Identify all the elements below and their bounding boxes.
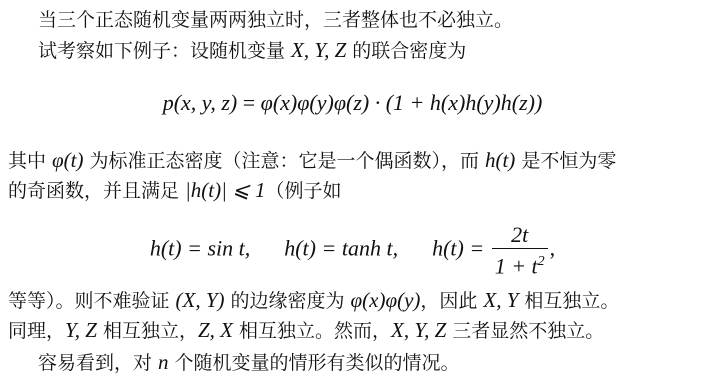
text: 个随机变量的情形有类似的情况。	[175, 352, 460, 374]
example-text: 试考察如下例子：设随机变量	[38, 40, 285, 62]
math-xy: X, Y	[483, 288, 518, 312]
math-zx: Z, X	[198, 318, 233, 342]
paragraph-marginal: 等等）。则不难验证(X, Y)的边缘密度为φ(x)φ(y)，因此X, Y相互独立…	[8, 287, 619, 313]
formula-eq: =	[237, 90, 260, 115]
formula-lhs: p(x, y, z)	[163, 90, 238, 115]
paragraph-odd-function: 的奇函数，并且满足|h(t)| ⩽ 1（例子如	[8, 177, 342, 203]
example-rational-lhs: h(t) =	[432, 236, 490, 261]
paragraph-definitions: 其中φ(t)为标准正态密度（注意：它是一个偶函数），而h(t)是不恒为零	[8, 147, 616, 173]
paragraph-similarly: 同理，Y, Z相互独立，Z, X相互独立。然而，X, Y, Z三者显然不独立。	[8, 317, 604, 343]
math-vars-xyz: X, Y, Z	[291, 38, 346, 62]
text: 是不恒为零	[521, 150, 616, 172]
example-tail: 的联合密度为	[352, 40, 466, 62]
text: 相互独立。然而，	[239, 320, 391, 342]
formula-joint-density: p(x, y, z) = φ(x)φ(y)φ(z) · (1 + h(x)h(y…	[0, 90, 705, 116]
text: 相互独立，	[103, 320, 198, 342]
math-xyz: X, Y, Z	[391, 318, 446, 342]
text: 其中	[8, 150, 46, 172]
intro-text: 当三个正态随机变量两两独立时，三者整体也不必独立。	[38, 9, 513, 31]
example-tanh: h(t) = tanh t,	[284, 236, 398, 261]
fraction: 2t1 + t2	[492, 222, 548, 279]
fraction-denominator: 1 + t2	[492, 249, 548, 279]
text: 的奇函数，并且满足	[8, 180, 179, 202]
example-sin: h(t) = sin t,	[150, 236, 250, 261]
math-phi: φ(t)	[52, 148, 83, 172]
text: 容易看到，对	[38, 352, 152, 374]
den-exponent: 2	[538, 254, 545, 269]
text: 相互独立。	[524, 290, 619, 312]
text: 为标准正态密度（注意：它是一个偶函数），而	[89, 150, 479, 172]
paragraph-example: 试考察如下例子：设随机变量X, Y, Z的联合密度为	[38, 37, 466, 63]
paragraph-generalization: 容易看到，对n个随机变量的情形有类似的情况。	[38, 349, 460, 375]
den-text: 1 + t	[495, 253, 538, 278]
text: ，因此	[420, 290, 477, 312]
text: 等等）。则不难验证	[8, 290, 170, 312]
math-abs-bound: |h(t)| ⩽ 1	[185, 178, 265, 202]
text: 三者显然不独立。	[452, 320, 604, 342]
formula-rhs: φ(x)φ(y)φ(z) · (1 + h(x)h(y)h(z))	[261, 90, 543, 115]
paragraph-intro: 当三个正态随机变量两两独立时，三者整体也不必独立。	[38, 7, 513, 33]
text: （例子如	[265, 180, 341, 202]
text: 的边缘密度为	[231, 290, 345, 312]
math-pair: (X, Y)	[176, 288, 225, 312]
math-phi-product: φ(x)φ(y)	[351, 288, 421, 312]
text: 同理，	[8, 320, 65, 342]
math-h: h(t)	[485, 148, 515, 172]
comma: ,	[550, 236, 556, 261]
math-n: n	[158, 350, 169, 374]
formula-examples: h(t) = sin t,h(t) = tanh t,h(t) = 2t1 + …	[0, 222, 705, 279]
math-yz: Y, Z	[65, 318, 97, 342]
fraction-numerator: 2t	[492, 222, 548, 249]
